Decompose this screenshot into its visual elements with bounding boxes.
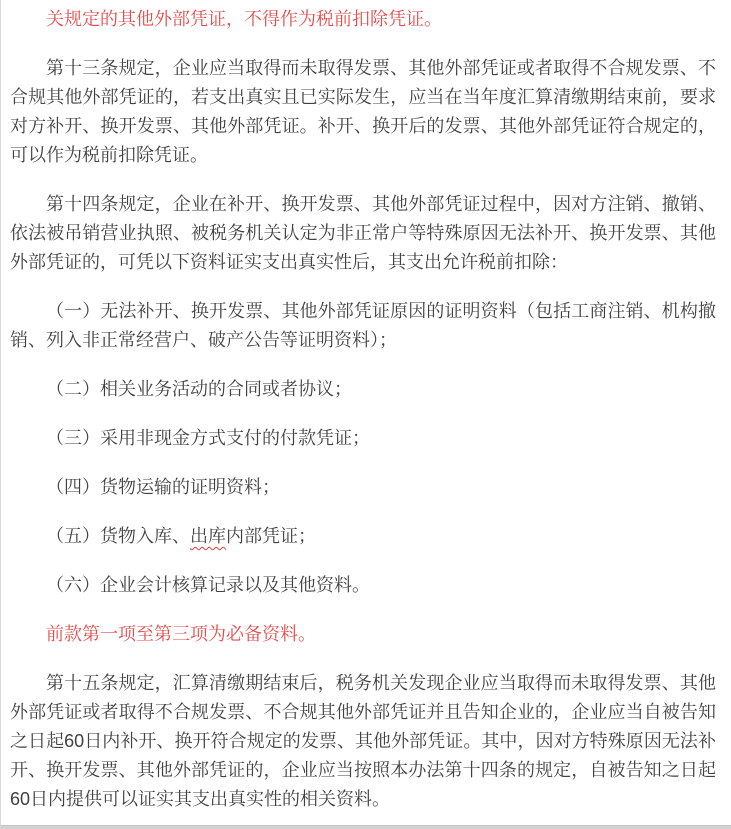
paragraph-intro-tail: 关规定的其他外部凭证，不得作为税前扣除凭证。 [10,5,716,34]
horizontal-scrollbar[interactable] [1,825,731,829]
article-13-text: 第十三条规定，企业应当取得而未取得发票、其他外部凭证或者取得不合规发票、不合规其… [10,58,716,165]
article-page: 关规定的其他外部凭证，不得作为税前扣除凭证。 第十三条规定，企业应当取得而未取得… [0,0,731,829]
paragraph-article-13: 第十三条规定，企业应当取得而未取得发票、其他外部凭证或者取得不合规发票、不合规其… [10,54,716,170]
list-item-6: （六）企业会计核算记录以及其他资料。 [10,571,716,600]
list-item-1: （一）无法补开、换开发票、其他外部凭证原因的证明资料（包括工商注销、机构撤销、列… [10,297,716,355]
paragraph-article-15: 第十五条规定，汇算清缴期结束后，税务机关发现企业应当取得而未取得发票、其他外部凭… [10,669,716,814]
list-item-4-text: （四）货物运输的证明资料； [46,477,280,497]
spellcheck-underlined-word: 出库 [190,526,226,546]
required-note-text: 前款第一项至第三项为必备资料。 [46,624,316,644]
list-item-5: （五）货物入库、出库内部凭证； [10,522,716,551]
list-item-5-suffix: 内部凭证； [226,526,316,546]
article-14-text: 第十四条规定，企业在补开、换开发票、其他外部凭证过程中，因对方注销、撤销、依法被… [10,194,716,272]
list-item-1-text: （一）无法补开、换开发票、其他外部凭证原因的证明资料（包括工商注销、机构撤销、列… [10,301,716,350]
paragraph-article-14: 第十四条规定，企业在补开、换开发票、其他外部凭证过程中，因对方注销、撤销、依法被… [10,190,716,277]
intro-tail-text: 关规定的其他外部凭证，不得作为税前扣除凭证。 [46,9,442,29]
list-item-5-prefix: （五）货物入库、 [46,526,190,546]
list-item-2-text: （二）相关业务活动的合同或者协议； [46,379,352,399]
article-body: 关规定的其他外部凭证，不得作为税前扣除凭证。 第十三条规定，企业应当取得而未取得… [1,0,731,814]
list-item-3-text: （三）采用非现金方式支付的付款凭证； [46,428,370,448]
list-item-3: （三）采用非现金方式支付的付款凭证； [10,424,716,453]
list-item-6-text: （六）企业会计核算记录以及其他资料。 [46,575,370,595]
list-item-4: （四）货物运输的证明资料； [10,473,716,502]
list-item-2: （二）相关业务活动的合同或者协议； [10,375,716,404]
paragraph-required-note: 前款第一项至第三项为必备资料。 [10,620,716,649]
article-15-text: 第十五条规定，汇算清缴期结束后，税务机关发现企业应当取得而未取得发票、其他外部凭… [10,673,716,809]
